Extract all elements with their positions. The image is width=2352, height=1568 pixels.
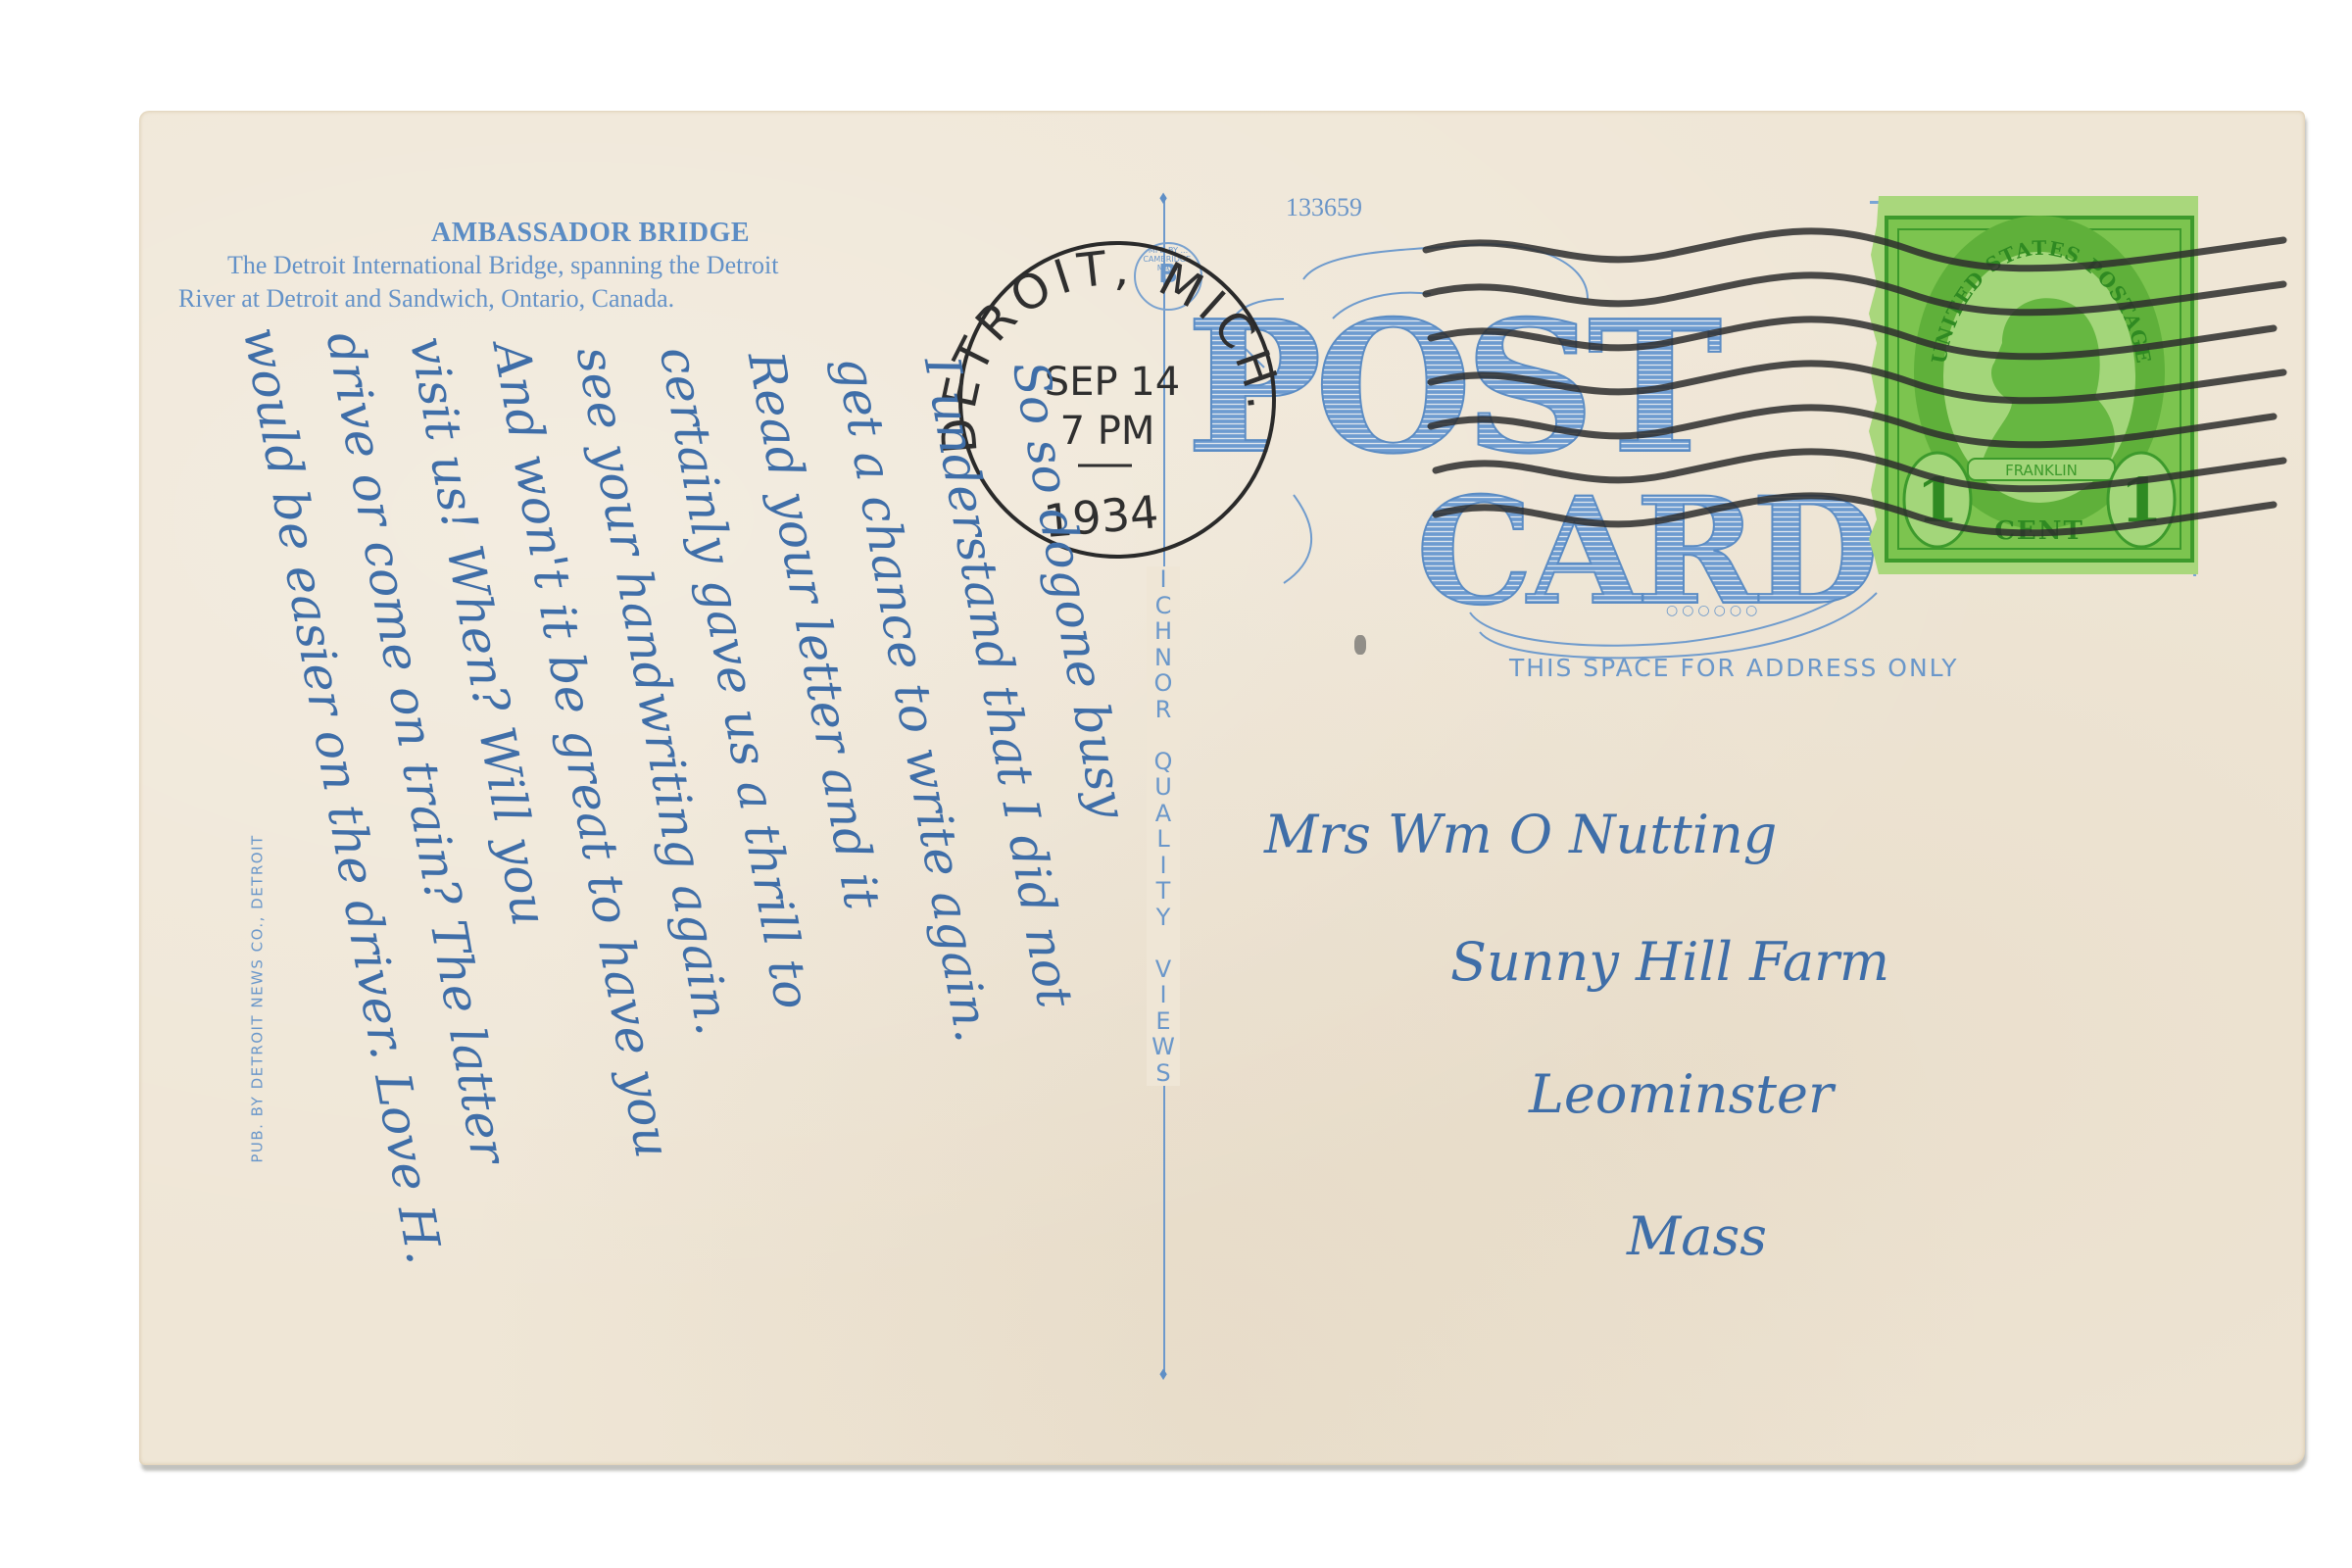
divider-top-ornament-icon: ⬧ (1154, 190, 1172, 204)
postmark-time: 7 PM (1060, 409, 1155, 454)
machine-cancel (1421, 225, 2303, 578)
publisher-imprint: PUB. BY DETROIT NEWS CO., DETROIT (249, 834, 267, 1162)
address-line-4: Mass (1627, 1205, 1767, 1267)
divider-bottom-ornament-icon: ⬧ (1154, 1366, 1172, 1380)
svg-text:○○○○○○: ○○○○○○ (1666, 603, 1761, 618)
address-line-2: Sunny Hill Farm (1450, 931, 1889, 993)
caption-line-2: River at Detroit and Sandwich, Ontario, … (178, 284, 674, 314)
caption-title: AMBASSADOR BRIDGE (431, 218, 750, 249)
serial-number: 133659 (1286, 193, 1362, 222)
postmark-date: SEP 14 (1045, 360, 1180, 405)
address-line-3: Leominster (1529, 1063, 1834, 1125)
ink-smudge (1354, 635, 1366, 655)
caption-line-1: The Detroit International Bridge, spanni… (227, 251, 778, 280)
divider-label: I C H N O R Q U A L I T Y V I E W S (1147, 566, 1180, 1086)
address-space-label: THIS SPACE FOR ADDRESS ONLY (1509, 654, 1959, 682)
address-line-1: Mrs Wm O Nutting (1264, 804, 1777, 865)
